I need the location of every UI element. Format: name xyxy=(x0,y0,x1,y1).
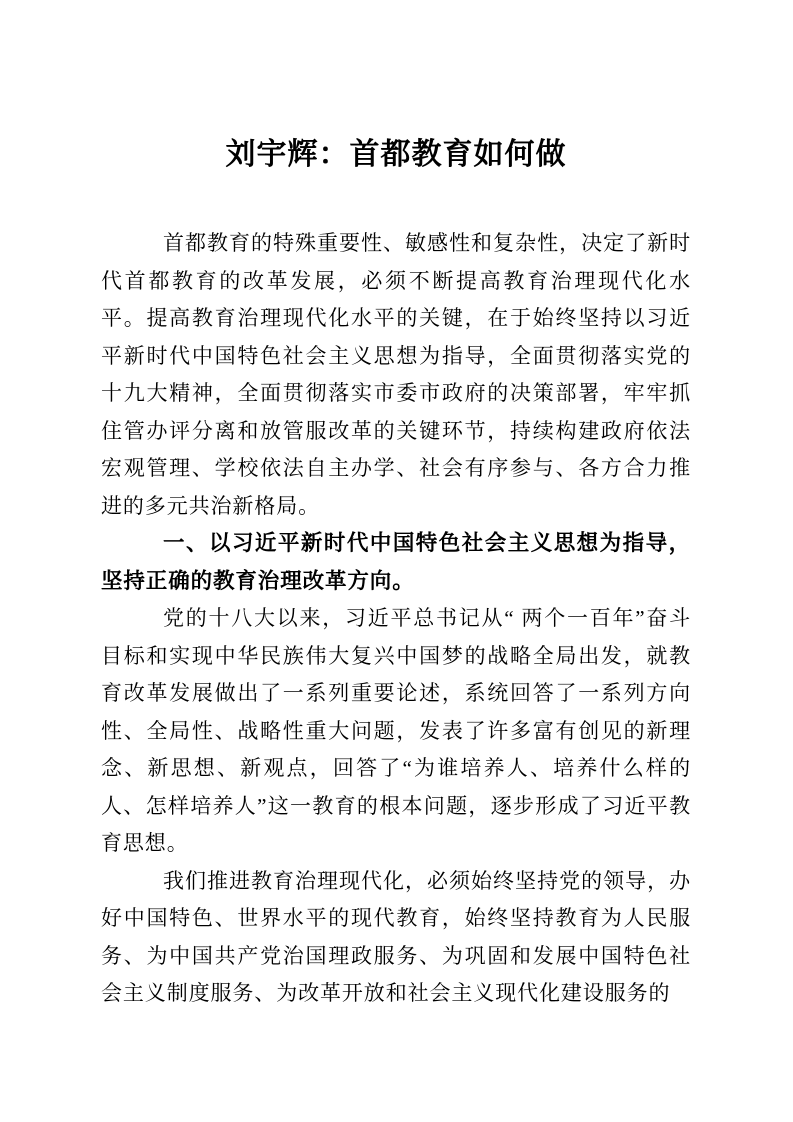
document-page: 刘宇辉：首都教育如何做 首都教育的特殊重要性、敏感性和复杂性，决定了新时代首都教… xyxy=(0,0,793,1122)
document-title: 刘宇辉：首都教育如何做 xyxy=(101,134,691,176)
section-heading-1: 一、以习近平新时代中国特色社会主义思想为指导，坚持正确的教育治理改革方向。 xyxy=(101,525,691,600)
paragraph-2: 党的十八大以来，习近平总书记从“ 两个一百年”奋斗目标和实现中华民族伟大复兴中国… xyxy=(101,600,691,863)
paragraph-intro: 首都教育的特殊重要性、敏感性和复杂性，决定了新时代首都教育的改革发展，必须不断提… xyxy=(101,225,691,525)
paragraph-3: 我们推进教育治理现代化，必须始终坚持党的领导，办好中国特色、世界水平的现代教育，… xyxy=(101,863,691,1013)
